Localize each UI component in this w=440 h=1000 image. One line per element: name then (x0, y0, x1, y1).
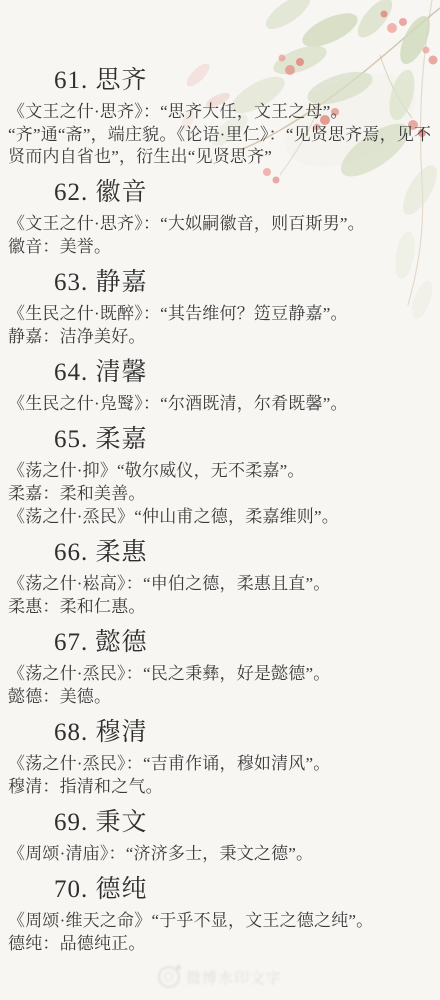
entry-name: 思齐 (96, 67, 148, 94)
entry-paragraph: 《荡之什·崧高》：“申伯之德，柔惠且直”。 (8, 573, 432, 595)
entry-name: 秉文 (96, 809, 148, 836)
entry-heading: 65. 柔嘉 (54, 425, 432, 455)
entry-number: 63. (54, 269, 88, 296)
entry-name: 清馨 (96, 359, 148, 386)
entry-number: 62. (54, 179, 88, 206)
entry: 62. 徽音 《文王之什·思齐》：“大姒嗣徽音，则百斯男”。徽音：美誉。 (8, 178, 432, 258)
entry-paragraph: 柔惠：柔和仁惠。 (8, 596, 432, 618)
entry-paragraph: 《荡之什·烝民》：“民之秉彝，好是懿德”。 (8, 663, 432, 685)
entry-number: 61. (54, 67, 88, 94)
entry-paragraph: “齐”通“斋”，端庄貌。《论语·里仁》：“见贤思齐焉，见不贤而内自省也”，衍生出… (8, 124, 432, 168)
entry-paragraph: 《荡之什·抑》“敬尔威仪，无不柔嘉”。 (8, 460, 432, 482)
entry-paragraph: 徽音：美誉。 (8, 236, 432, 258)
entry-heading: 61. 思齐 (54, 66, 432, 96)
entry-heading: 62. 徽音 (54, 178, 432, 208)
entry: 68. 穆清 《荡之什·烝民》：“吉甫作诵，穆如清风”。穆清：指清和之气。 (8, 718, 432, 798)
entry: 61. 思齐 《文王之什·思齐》：“思齐大任，文王之母”。“齐”通“斋”，端庄貌… (8, 66, 432, 168)
entry-paragraph: 穆清：指清和之气。 (8, 776, 432, 798)
page: 61. 思齐 《文王之什·思齐》：“思齐大任，文王之母”。“齐”通“斋”，端庄貌… (0, 0, 440, 1000)
entries-list: 61. 思齐 《文王之什·思齐》：“思齐大任，文王之母”。“齐”通“斋”，端庄貌… (0, 0, 440, 955)
entry: 69. 秉文 《周颂·清庙》：“济济多士，秉文之德”。 (8, 808, 432, 865)
entry: 65. 柔嘉 《荡之什·抑》“敬尔威仪，无不柔嘉”。柔嘉：柔和美善。《荡之什·烝… (8, 425, 432, 528)
entry-paragraph: 《周颂·清庙》：“济济多士，秉文之德”。 (8, 843, 432, 865)
entry-heading: 67. 懿德 (54, 628, 432, 658)
entry-name: 懿德 (96, 629, 148, 656)
entry-heading: 68. 穆清 (54, 718, 432, 748)
entry-name: 柔惠 (96, 539, 148, 566)
entry-heading: 64. 清馨 (54, 358, 432, 388)
entry-paragraph: 《文王之什·思齐》：“大姒嗣徽音，则百斯男”。 (8, 213, 432, 235)
entry-paragraph: 《生民之什·既醉》：“其告维何？笾豆静嘉”。 (8, 303, 432, 325)
entry-paragraph: 懿德：美德。 (8, 686, 432, 708)
entry-heading: 63. 静嘉 (54, 268, 432, 298)
entry-number: 67. (54, 629, 88, 656)
entry-paragraph: 静嘉：洁净美好。 (8, 326, 432, 348)
entry-paragraph: 《荡之什·烝民》“仲山甫之德，柔嘉维则”。 (8, 506, 432, 528)
entry-paragraph: 《周颂·维天之命》“于乎不显，文王之德之纯”。 (8, 910, 432, 932)
entry-heading: 70. 德纯 (54, 875, 432, 905)
watermark-text: 微博水印文字 (186, 967, 282, 988)
entry: 64. 清馨 《生民之什·凫鹥》：“尔酒既清，尔肴既馨”。 (8, 358, 432, 415)
entry-name: 德纯 (96, 876, 148, 903)
entry-number: 68. (54, 719, 88, 746)
entry-paragraph: 《生民之什·凫鹥》：“尔酒既清，尔肴既馨”。 (8, 393, 432, 415)
entry: 67. 懿德 《荡之什·烝民》：“民之秉彝，好是懿德”。懿德：美德。 (8, 628, 432, 708)
entry-number: 69. (54, 809, 88, 836)
entry-number: 64. (54, 359, 88, 386)
entry: 66. 柔惠 《荡之什·崧高》：“申伯之德，柔惠且直”。柔惠：柔和仁惠。 (8, 538, 432, 618)
entry: 70. 德纯 《周颂·维天之命》“于乎不显，文王之德之纯”。德纯：品德纯正。 (8, 875, 432, 955)
entry-number: 70. (54, 876, 88, 903)
entry-number: 66. (54, 539, 88, 566)
watermark: 微博水印文字 (158, 966, 282, 988)
entry-paragraph: 《文王之什·思齐》：“思齐大任，文王之母”。 (8, 101, 432, 123)
entry-heading: 66. 柔惠 (54, 538, 432, 568)
entry-name: 静嘉 (96, 269, 148, 296)
entry-name: 柔嘉 (96, 426, 148, 453)
weibo-logo-icon (158, 966, 180, 988)
entry-paragraph: 德纯：品德纯正。 (8, 933, 432, 955)
entry-name: 徽音 (96, 179, 148, 206)
entry-name: 穆清 (96, 719, 148, 746)
entry-heading: 69. 秉文 (54, 808, 432, 838)
entry-paragraph: 柔嘉：柔和美善。 (8, 483, 432, 505)
entry: 63. 静嘉 《生民之什·既醉》：“其告维何？笾豆静嘉”。静嘉：洁净美好。 (8, 268, 432, 348)
entry-number: 65. (54, 426, 88, 453)
entry-paragraph: 《荡之什·烝民》：“吉甫作诵，穆如清风”。 (8, 753, 432, 775)
